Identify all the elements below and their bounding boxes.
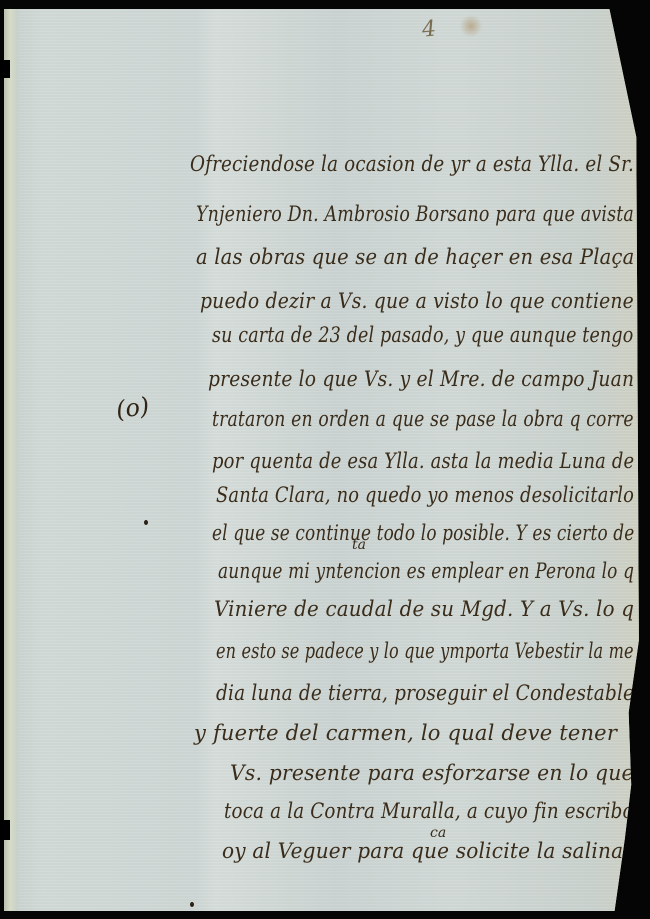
text-line-4: puedo dezir a Vs. que a visto lo que con… bbox=[200, 289, 634, 313]
binding-notch bbox=[0, 60, 10, 78]
margin-note: (o) bbox=[114, 392, 151, 424]
text-line-18: oy al Veguer para que solicite la salina… bbox=[222, 839, 634, 863]
text-line-15: y fuerte del carmen, lo qual deve tener bbox=[194, 721, 617, 745]
text-line-8: por quenta de esa Ylla. asta la media Lu… bbox=[212, 449, 634, 473]
text-line-17: toca a la Contra Muralla, a cuyo fin esc… bbox=[224, 799, 634, 823]
text-line-3: a las obras que se an de haçer en esa Pl… bbox=[196, 245, 634, 269]
ink-blot bbox=[144, 520, 148, 525]
binding-notch bbox=[0, 820, 10, 840]
text-line-1: Ofreciendose la ocasion de yr a esta Yll… bbox=[190, 152, 634, 176]
ink-blot bbox=[190, 902, 194, 907]
text-line-9: Santa Clara, no quedo yo menos desolicit… bbox=[216, 483, 634, 507]
interlinear-insertion-1: ta bbox=[352, 537, 366, 553]
text-line-7: trataron en orden a que se pase la obra … bbox=[212, 407, 634, 431]
manuscript-page: 4 (o) Ofreciendose la ocasion de yr a es… bbox=[4, 9, 644, 911]
text-line-13: en esto se padece y lo que ymporta Vebes… bbox=[216, 639, 634, 663]
text-line-6: presente lo que Vs. y el Mre. de campo J… bbox=[208, 367, 634, 391]
text-line-2: Ynjeniero Dn. Ambrosio Borsano para que … bbox=[196, 202, 634, 226]
folio-number: 4 bbox=[421, 16, 438, 42]
text-line-10: el que se continue todo lo posible. Y es… bbox=[212, 521, 634, 545]
text-line-16: Vs. presente para esforzarse en lo que bbox=[230, 761, 634, 785]
text-line-12: Viniere de caudal de su Mgd. Y a Vs. lo … bbox=[214, 597, 634, 621]
text-line-11: aunque mi yntencion es emplear en Perona… bbox=[218, 559, 634, 583]
text-line-14: dia luna de tierra, proseguir el Condest… bbox=[216, 681, 634, 705]
text-line-5: su carta de 23 del pasado, y que aunque … bbox=[212, 323, 633, 347]
